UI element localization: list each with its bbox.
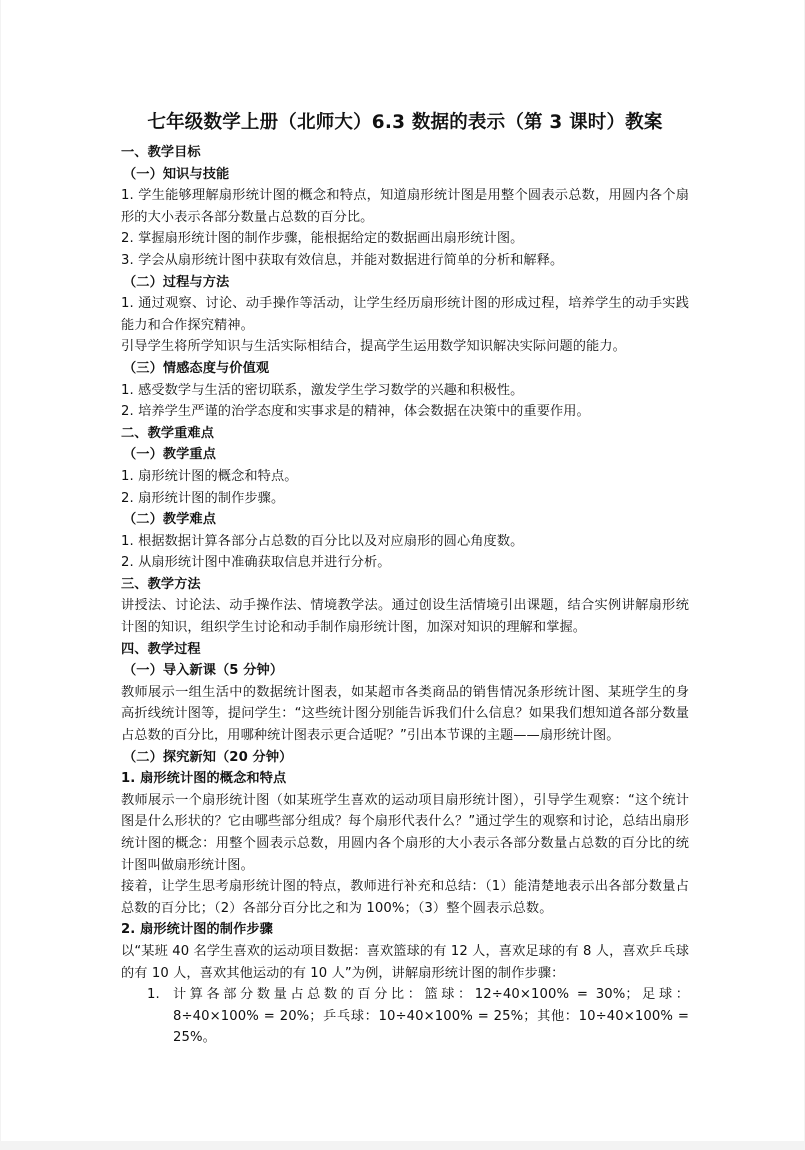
paragraph: 2. 掌握扇形统计图的制作步骤，能根据给定的数据画出扇形统计图。 xyxy=(121,228,689,250)
section-heading-teaching-process: 四、教学过程 xyxy=(121,639,689,661)
section-heading-teaching-methods: 三、教学方法 xyxy=(121,574,689,596)
numbered-list-item: 1. 计算各部分数量占总数的百分比：篮球：12÷40×100% = 30%；足球… xyxy=(121,984,689,1049)
paragraph: 以“某班 40 名学生喜欢的运动项目数据：喜欢篮球的有 12 人，喜欢足球的有 … xyxy=(121,941,689,984)
paragraph: 2. 扇形统计图的制作步骤。 xyxy=(121,488,689,510)
subsection-heading-attitudes-values: （三）情感态度与价值观 xyxy=(121,358,689,380)
section-heading-key-difficult-points: 二、教学重难点 xyxy=(121,423,689,445)
paragraph: 1. 通过观察、讨论、动手操作等活动，让学生经历扇形统计图的形成过程，培养学生的… xyxy=(121,293,689,336)
paragraph: 教师展示一组生活中的数据统计图表，如某超市各类商品的销售情况条形统计图、某班学生… xyxy=(121,682,689,747)
section-heading-teaching-objectives: 一、教学目标 xyxy=(121,142,689,164)
subsection-heading-new-knowledge: （二）探究新知（20 分钟） xyxy=(121,747,689,769)
list-item-text: 计算各部分数量占总数的百分比：篮球：12÷40×100% = 30%；足球：8÷… xyxy=(173,984,689,1049)
subsection-heading-knowledge-skills: （一）知识与技能 xyxy=(121,164,689,186)
paragraph: 接着，让学生思考扇形统计图的特点，教师进行补充和总结：（1）能清楚地表示出各部分… xyxy=(121,876,689,919)
item-heading-making-steps: 2. 扇形统计图的制作步骤 xyxy=(121,919,689,941)
paragraph: 1. 根据数据计算各部分占总数的百分比以及对应扇形的圆心角度数。 xyxy=(121,531,689,553)
paragraph: 1. 学生能够理解扇形统计图的概念和特点，知道扇形统计图是用整个圆表示总数，用圆… xyxy=(121,185,689,228)
document-page: 七年级数学上册（北师大）6.3 数据的表示（第 3 课时）教案 一、教学目标 （… xyxy=(1,0,804,1141)
paragraph: 2. 培养学生严谨的治学态度和实事求是的精神，体会数据在决策中的重要作用。 xyxy=(121,401,689,423)
paragraph: 教师展示一个扇形统计图（如某班学生喜欢的运动项目扇形统计图），引导学生观察：“这… xyxy=(121,790,689,876)
subsection-heading-key-points: （一）教学重点 xyxy=(121,444,689,466)
subsection-heading-process-methods: （二）过程与方法 xyxy=(121,272,689,294)
paragraph: 1. 感受数学与生活的密切联系，激发学生学习数学的兴趣和积极性。 xyxy=(121,380,689,402)
paragraph: 引导学生将所学知识与生活实际相结合，提高学生运用数学知识解决实际问题的能力。 xyxy=(121,336,689,358)
subsection-heading-difficult-points: （二）教学难点 xyxy=(121,509,689,531)
paragraph: 3. 学会从扇形统计图中获取有效信息，并能对数据进行简单的分析和解释。 xyxy=(121,250,689,272)
document-content: 七年级数学上册（北师大）6.3 数据的表示（第 3 课时）教案 一、教学目标 （… xyxy=(121,108,689,1049)
subsection-heading-introduction: （一）导入新课（5 分钟） xyxy=(121,660,689,682)
item-heading-concept-features: 1. 扇形统计图的概念和特点 xyxy=(121,768,689,790)
document-title: 七年级数学上册（北师大）6.3 数据的表示（第 3 课时）教案 xyxy=(81,108,729,138)
list-number: 1. xyxy=(147,984,173,1049)
paragraph: 1. 扇形统计图的概念和特点。 xyxy=(121,466,689,488)
paragraph: 2. 从扇形统计图中准确获取信息并进行分析。 xyxy=(121,552,689,574)
paragraph: 讲授法、讨论法、动手操作法、情境教学法。通过创设生活情境引出课题，结合实例讲解扇… xyxy=(121,595,689,638)
